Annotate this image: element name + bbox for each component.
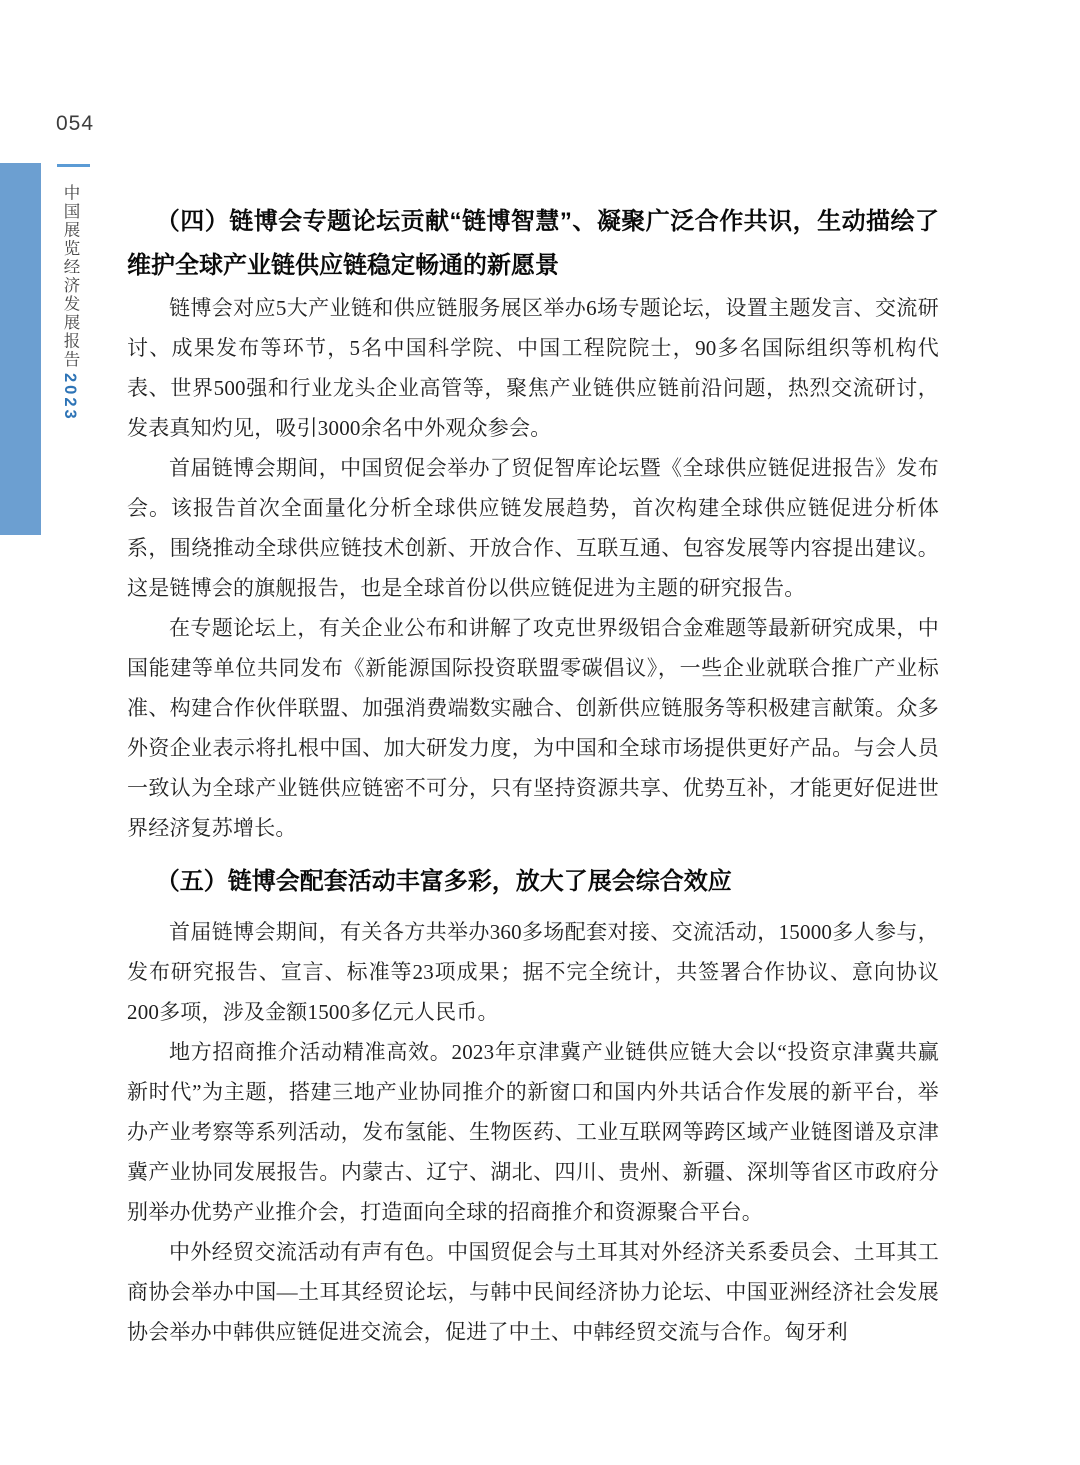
sidebar-title-text: 中国展览经济发展报告 xyxy=(61,184,79,369)
sidebar-vertical-title: 中国展览经济发展报告2023 xyxy=(60,184,80,484)
main-text-column: （四）链博会专题论坛贡献“链博智慧”、凝聚广泛合作共识，生动描绘了维护全球产业链… xyxy=(127,200,939,1352)
paragraph: 链博会对应5大产业链和供应链服务展区举办6场专题论坛，设置主题发言、交流研讨、成… xyxy=(127,288,939,448)
paragraph: 在专题论坛上，有关企业公布和讲解了攻克世界级铝合金难题等最新研究成果，中国能建等… xyxy=(127,608,939,848)
sidebar-blue-band xyxy=(0,163,41,535)
paragraph: 中外经贸交流活动有声有色。中国贸促会与土耳其对外经济关系委员会、土耳其工商协会举… xyxy=(127,1232,939,1352)
paragraph: 地方招商推介活动精准高效。2023年京津冀产业链供应链大会以“投资京津冀共赢新时… xyxy=(127,1032,939,1232)
paragraph: 首届链博会期间，中国贸促会举办了贸促智库论坛暨《全球供应链促进报告》发布会。该报… xyxy=(127,448,939,608)
page-number: 054 xyxy=(56,112,94,136)
section-heading-4: （四）链博会专题论坛贡献“链博智慧”、凝聚广泛合作共识，生动描绘了维护全球产业链… xyxy=(127,200,939,288)
sidebar-year-text: 2023 xyxy=(61,373,79,422)
paragraph: 首届链博会期间，有关各方共举办360多场配套对接、交流活动，15000多人参与，… xyxy=(127,912,939,1032)
page-number-rule xyxy=(57,164,90,167)
document-page: { "page": { "number": "054" }, "sidebar"… xyxy=(0,0,1080,1465)
section-heading-5: （五）链博会配套活动丰富多彩，放大了展会综合效应 xyxy=(127,860,939,904)
